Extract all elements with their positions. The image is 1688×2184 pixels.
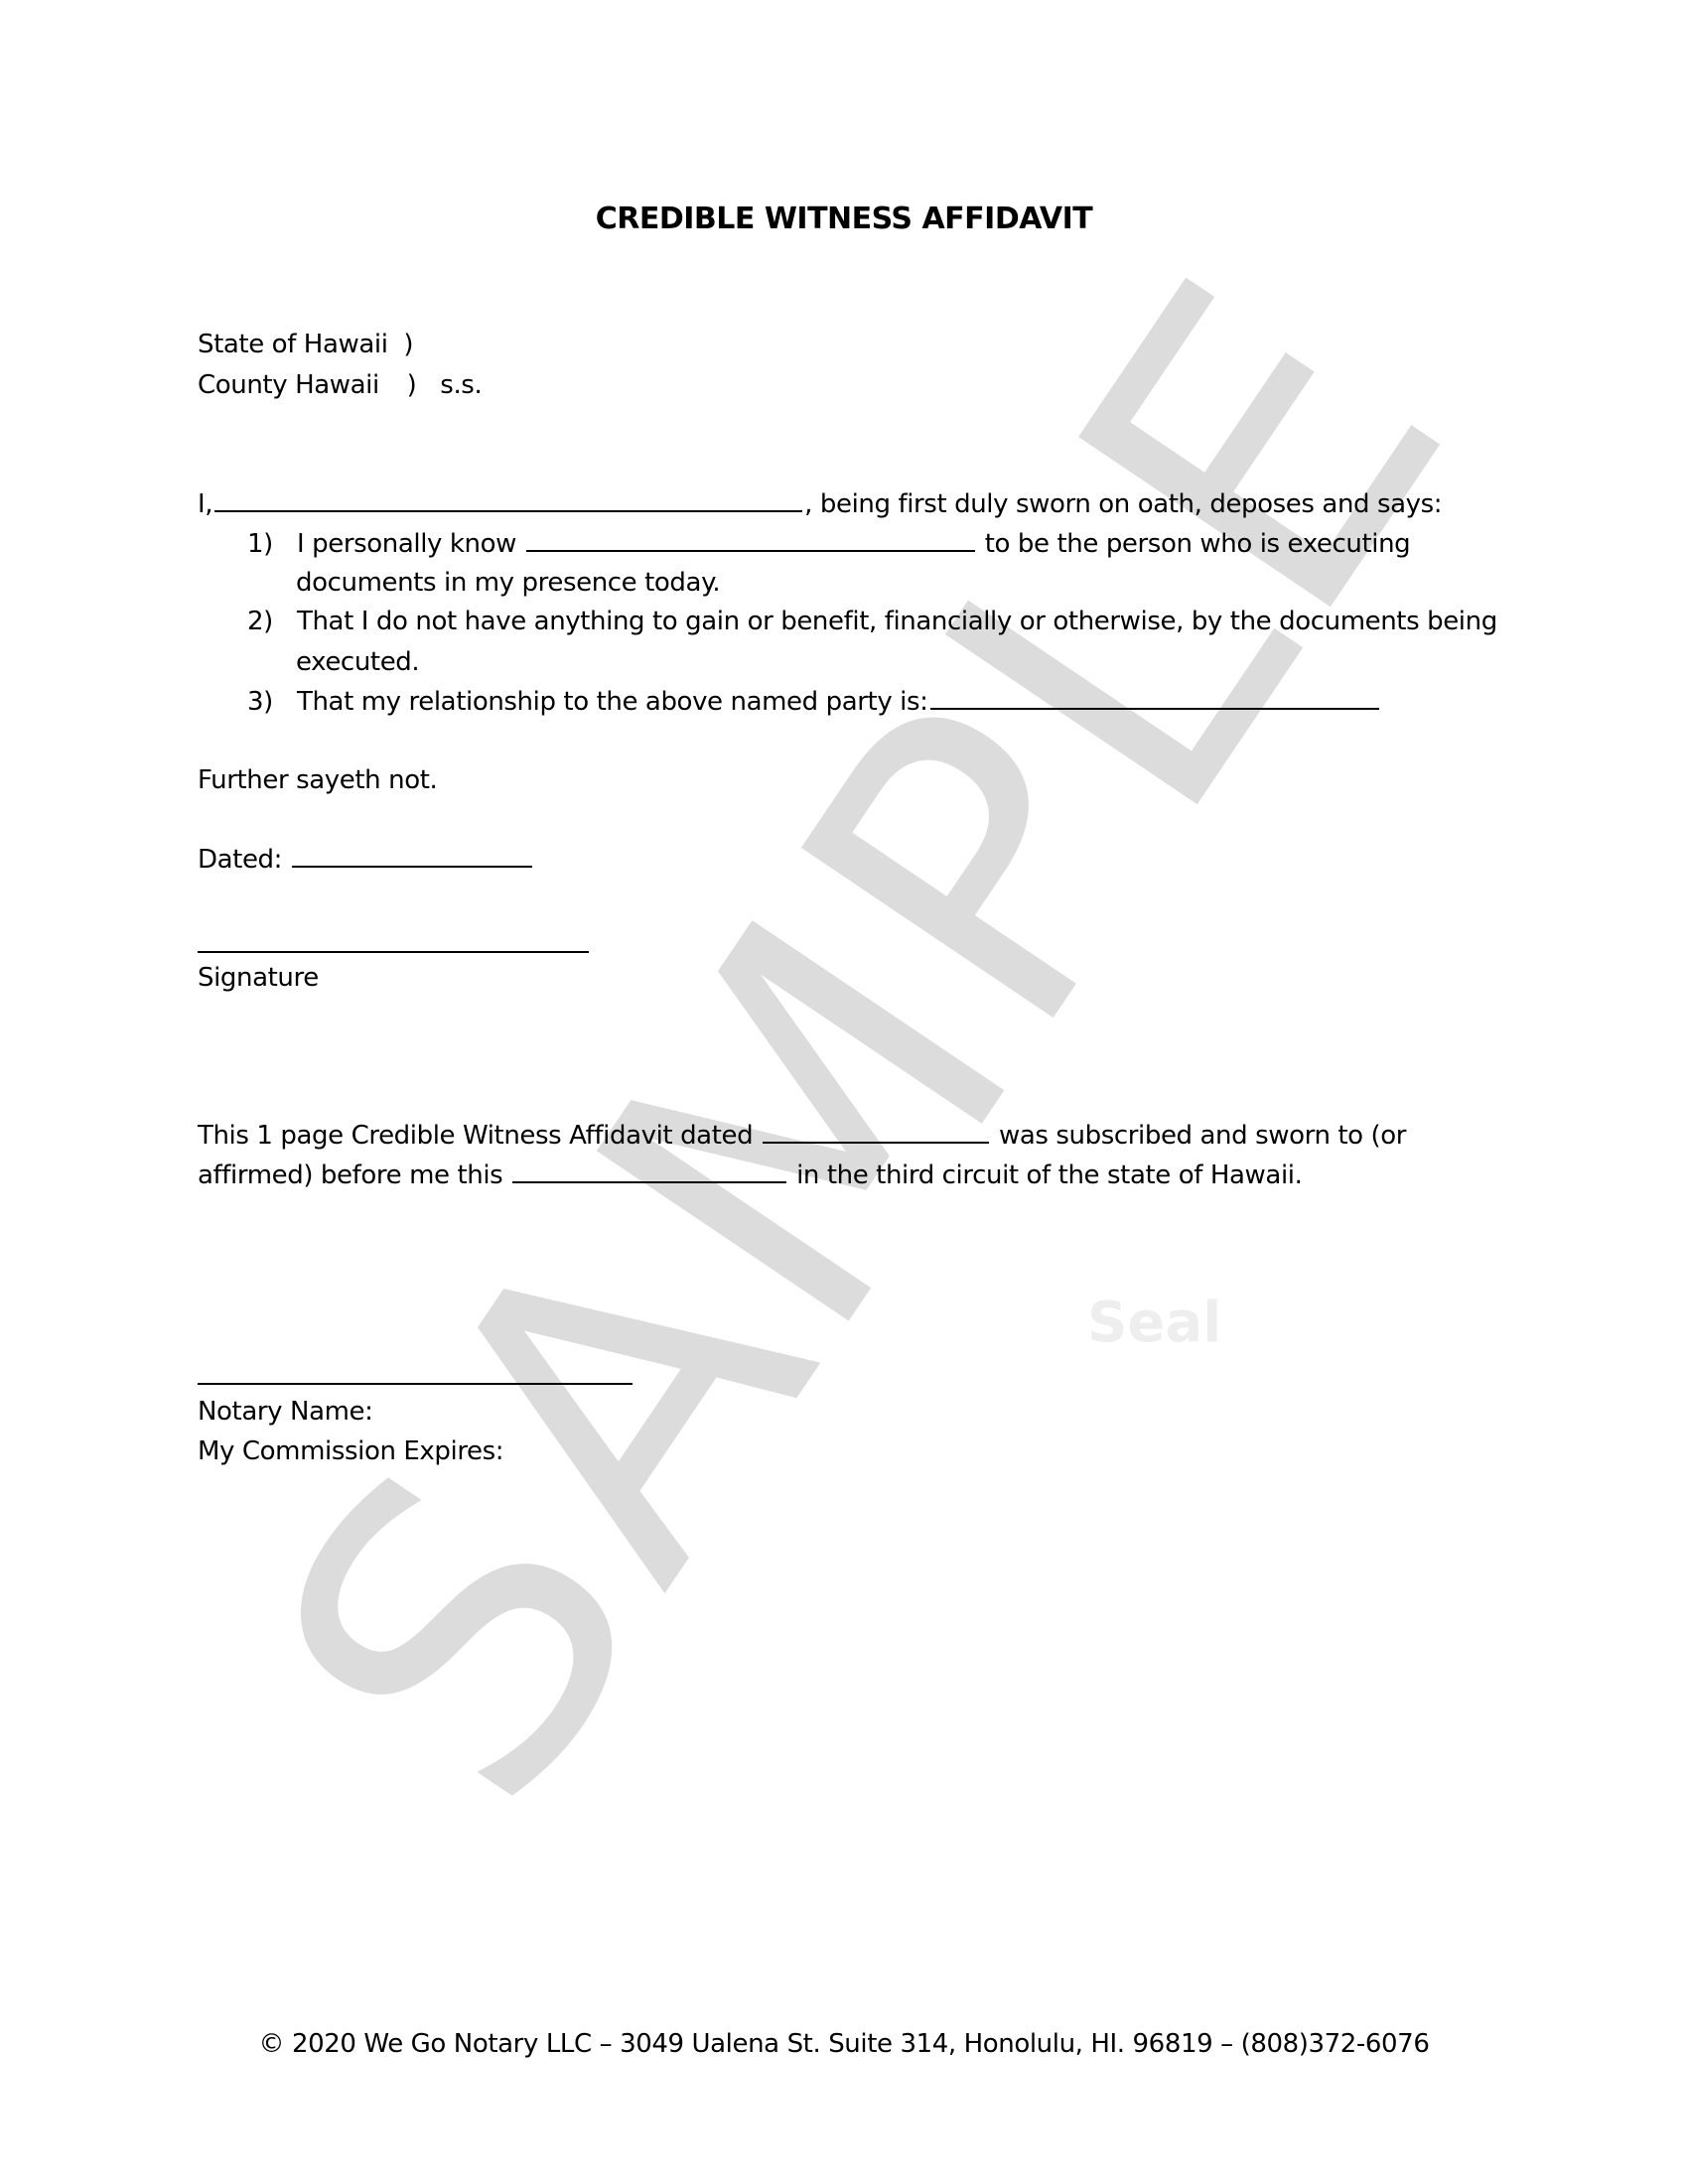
venue-county: County Hawaii ) s.s. [198,368,482,402]
notary-signature-line[interactable] [198,1383,633,1385]
venue-state-label: State of Hawaii [198,330,388,359]
venue-state-paren: ) [403,330,413,359]
item-3-number: 3) [247,685,297,719]
affiant-name-field[interactable] [214,486,802,512]
jurat-line2-suffix: in the third circuit of the state of Haw… [796,1160,1302,1190]
item-2: 2)That I do not have anything to gain or… [247,605,1497,638]
item-2-continuation: executed. [296,645,419,679]
item-1-prefix: I personally know [297,529,516,559]
document-title: CREDIBLE WITNESS AFFIDAVIT [0,202,1688,236]
item-3-prefix: That my relationship to the above named … [297,687,928,717]
item-3: 3)That my relationship to the above name… [247,684,1381,719]
item-1: 1)I personally know to be the person who… [247,526,1410,561]
oath-line: I,, being first duly sworn on oath, depo… [198,486,1442,521]
item-1-suffix: to be the person who is executing [985,529,1411,559]
jurat-line-2: affirmed) before me this in the third ci… [198,1158,1302,1192]
jurat-line-1: This 1 page Credible Witness Affidavit d… [198,1118,1406,1153]
document-page: SAMPLE CREDIBLE WITNESS AFFIDAVIT State … [0,0,1688,2184]
notary-name-label: Notary Name: [198,1395,373,1429]
signature-label: Signature [198,961,319,995]
item-2-text: That I do not have anything to gain or b… [297,607,1497,636]
oath-prefix: I, [198,489,212,519]
venue-county-paren: ) [407,370,417,400]
venue-ss: s.s. [440,370,482,400]
oath-suffix: , being first duly sworn on oath, depose… [804,489,1442,519]
jurat-line1-suffix: was subscribed and sworn to (or [999,1121,1406,1151]
item-2-number: 2) [247,605,297,638]
jurat-line2-prefix: affirmed) before me this [198,1160,502,1190]
known-person-field[interactable] [526,526,975,552]
footer-copyright: © 2020 We Go Notary LLC – 3049 Ualena St… [0,2029,1688,2059]
venue-county-label: County Hawaii [198,370,379,400]
signature-line[interactable] [198,951,589,953]
item-1-continuation: documents in my presence today. [296,566,720,600]
jurat-line1-prefix: This 1 page Credible Witness Affidavit d… [198,1121,753,1151]
jurat-sworn-date-field[interactable] [512,1158,786,1183]
dated-field[interactable] [292,842,532,868]
commission-expires-label: My Commission Expires: [198,1434,503,1468]
dated-label: Dated: [198,845,282,875]
further-sayeth: Further sayeth not. [198,763,437,797]
affidavit-content: CREDIBLE WITNESS AFFIDAVIT State of Hawa… [0,0,1688,2184]
seal-placeholder: Seal [1087,1291,1221,1355]
item-1-number: 1) [247,527,297,561]
relationship-field[interactable] [930,684,1379,710]
jurat-dated-field[interactable] [763,1118,989,1144]
venue-state: State of Hawaii ) [198,328,413,361]
dated-line: Dated: [198,842,534,877]
